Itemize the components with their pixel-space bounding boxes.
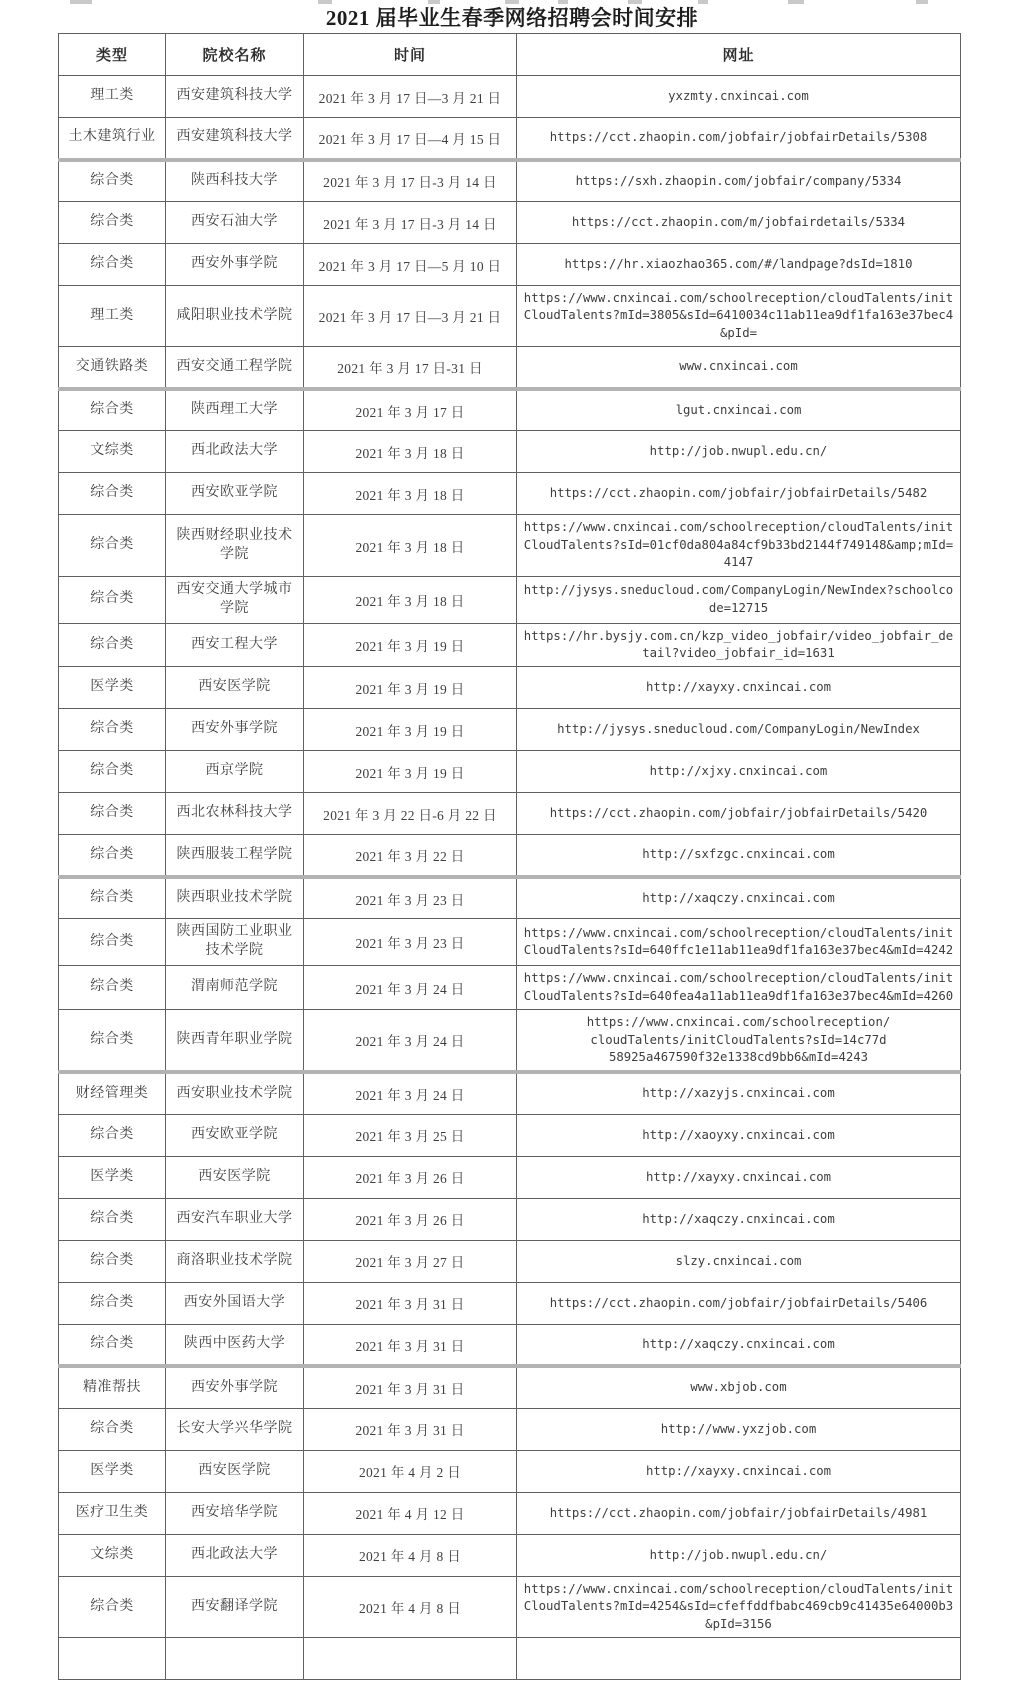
time-cell: 2021 年 3 月 17 日-3 月 14 日 xyxy=(304,160,517,202)
table-row: 综合类西安欧亚学院2021 年 3 月 18 日https://cct.zhao… xyxy=(59,473,961,515)
type-cell: 土木建筑行业 xyxy=(59,118,166,160)
type-cell: 综合类 xyxy=(59,793,166,835)
time-cell: 2021 年 3 月 17 日-31 日 xyxy=(304,347,517,389)
url-cell: https://www.cnxincai.com/schoolreception… xyxy=(517,286,961,347)
school-cell: 陕西青年职业学院 xyxy=(166,1010,304,1073)
type-cell: 综合类 xyxy=(59,709,166,751)
table-row: 综合类西安汽车职业大学2021 年 3 月 26 日http://xaqczy.… xyxy=(59,1198,961,1240)
school-cell: 陕西财经职业技术学院 xyxy=(166,515,304,576)
school-cell xyxy=(166,1638,304,1680)
table-row-partial xyxy=(59,1638,961,1680)
table-row: 交通铁路类西安交通工程学院2021 年 3 月 17 日-31 日www.cnx… xyxy=(59,347,961,389)
type-cell: 综合类 xyxy=(59,1010,166,1073)
time-cell: 2021 年 3 月 17 日—5 月 10 日 xyxy=(304,244,517,286)
table-row: 综合类渭南师范学院2021 年 3 月 24 日https://www.cnxi… xyxy=(59,966,961,1010)
table-row: 综合类陕西服装工程学院2021 年 3 月 22 日http://sxfzgc.… xyxy=(59,835,961,877)
school-cell: 西安医学院 xyxy=(166,1450,304,1492)
url-cell: http://xjxy.cnxincai.com xyxy=(517,751,961,793)
time-cell: 2021 年 3 月 19 日 xyxy=(304,623,517,667)
url-cell xyxy=(517,1638,961,1680)
url-cell: https://cct.zhaopin.com/m/jobfairdetails… xyxy=(517,202,961,244)
header-time: 时间 xyxy=(304,34,517,76)
url-cell: http://www.yxzjob.com xyxy=(517,1408,961,1450)
url-cell: yxzmty.cnxincai.com xyxy=(517,76,961,118)
url-cell: http://xaqczy.cnxincai.com xyxy=(517,877,961,919)
time-cell: 2021 年 3 月 24 日 xyxy=(304,1010,517,1073)
school-cell: 西北政法大学 xyxy=(166,431,304,473)
url-cell: https://www.cnxincai.com/schoolreception… xyxy=(517,1576,961,1637)
type-cell: 综合类 xyxy=(59,1408,166,1450)
school-cell: 西安石油大学 xyxy=(166,202,304,244)
url-cell: www.cnxincai.com xyxy=(517,347,961,389)
type-cell: 综合类 xyxy=(59,877,166,919)
time-cell: 2021 年 3 月 18 日 xyxy=(304,515,517,576)
school-cell: 西安外事学院 xyxy=(166,1366,304,1408)
school-cell: 商洛职业技术学院 xyxy=(166,1240,304,1282)
type-cell: 综合类 xyxy=(59,1198,166,1240)
school-cell: 长安大学兴华学院 xyxy=(166,1408,304,1450)
url-cell: https://hr.xiaozhao365.com/#/landpage?ds… xyxy=(517,244,961,286)
time-cell: 2021 年 3 月 17 日—4 月 15 日 xyxy=(304,118,517,160)
table-row: 医疗卫生类西安培华学院2021 年 4 月 12 日https://cct.zh… xyxy=(59,1492,961,1534)
time-cell: 2021 年 3 月 17 日—3 月 21 日 xyxy=(304,76,517,118)
type-cell: 综合类 xyxy=(59,515,166,576)
time-cell: 2021 年 3 月 27 日 xyxy=(304,1240,517,1282)
school-cell: 西安工程大学 xyxy=(166,623,304,667)
type-cell: 综合类 xyxy=(59,1576,166,1637)
school-cell: 西安外事学院 xyxy=(166,709,304,751)
url-cell: http://jysys.sneducloud.com/CompanyLogin… xyxy=(517,709,961,751)
time-cell: 2021 年 3 月 23 日 xyxy=(304,877,517,919)
table-row: 综合类陕西青年职业学院2021 年 3 月 24 日https://www.cn… xyxy=(59,1010,961,1073)
url-cell: https://cct.zhaopin.com/jobfair/jobfairD… xyxy=(517,118,961,160)
school-cell: 西安职业技术学院 xyxy=(166,1072,304,1114)
time-cell: 2021 年 3 月 22 日 xyxy=(304,835,517,877)
table-row: 医学类西安医学院2021 年 3 月 26 日http://xayxy.cnxi… xyxy=(59,1156,961,1198)
table-row: 文综类西北政法大学2021 年 3 月 18 日http://job.nwupl… xyxy=(59,431,961,473)
school-cell: 西安欧亚学院 xyxy=(166,1114,304,1156)
table-row: 综合类西安外事学院2021 年 3 月 19 日http://jysys.sne… xyxy=(59,709,961,751)
time-cell: 2021 年 3 月 31 日 xyxy=(304,1366,517,1408)
type-cell: 理工类 xyxy=(59,76,166,118)
url-cell: http://xazyjs.cnxincai.com xyxy=(517,1072,961,1114)
school-cell: 陕西理工大学 xyxy=(166,389,304,431)
school-cell: 西安医学院 xyxy=(166,1156,304,1198)
type-cell: 精准帮扶 xyxy=(59,1366,166,1408)
table-row: 综合类西安欧亚学院2021 年 3 月 25 日http://xaoyxy.cn… xyxy=(59,1114,961,1156)
type-cell: 综合类 xyxy=(59,623,166,667)
url-cell: https://cct.zhaopin.com/jobfair/jobfairD… xyxy=(517,1492,961,1534)
time-cell: 2021 年 3 月 22 日-6 月 22 日 xyxy=(304,793,517,835)
table-row: 理工类西安建筑科技大学2021 年 3 月 17 日—3 月 21 日yxzmt… xyxy=(59,76,961,118)
table-row: 综合类西安外事学院2021 年 3 月 17 日—5 月 10 日https:/… xyxy=(59,244,961,286)
type-cell: 综合类 xyxy=(59,1324,166,1366)
table-row: 综合类西安石油大学2021 年 3 月 17 日-3 月 14 日https:/… xyxy=(59,202,961,244)
table-row: 综合类陕西中医药大学2021 年 3 月 31 日http://xaqczy.c… xyxy=(59,1324,961,1366)
school-cell: 西安培华学院 xyxy=(166,1492,304,1534)
type-cell xyxy=(59,1638,166,1680)
table-row: 土木建筑行业西安建筑科技大学2021 年 3 月 17 日—4 月 15 日ht… xyxy=(59,118,961,160)
url-cell: http://xayxy.cnxincai.com xyxy=(517,1450,961,1492)
school-cell: 陕西科技大学 xyxy=(166,160,304,202)
url-cell: https://www.cnxincai.com/schoolreception… xyxy=(517,515,961,576)
school-cell: 西安外事学院 xyxy=(166,244,304,286)
table-body: 理工类西安建筑科技大学2021 年 3 月 17 日—3 月 21 日yxzmt… xyxy=(59,76,961,1680)
time-cell: 2021 年 4 月 2 日 xyxy=(304,1450,517,1492)
school-cell: 西安交通大学城市学院 xyxy=(166,576,304,623)
school-cell: 西北政法大学 xyxy=(166,1534,304,1576)
time-cell: 2021 年 4 月 8 日 xyxy=(304,1576,517,1637)
table-row: 财经管理类西安职业技术学院2021 年 3 月 24 日http://xazyj… xyxy=(59,1072,961,1114)
url-cell: https://hr.bysjy.com.cn/kzp_video_jobfai… xyxy=(517,623,961,667)
school-cell: 西京学院 xyxy=(166,751,304,793)
time-cell: 2021 年 3 月 18 日 xyxy=(304,473,517,515)
type-cell: 综合类 xyxy=(59,160,166,202)
table-row: 综合类西安交通大学城市学院2021 年 3 月 18 日http://jysys… xyxy=(59,576,961,623)
table-row: 文综类西北政法大学2021 年 4 月 8 日http://job.nwupl.… xyxy=(59,1534,961,1576)
time-cell: 2021 年 3 月 19 日 xyxy=(304,751,517,793)
type-cell: 综合类 xyxy=(59,1282,166,1324)
type-cell: 医学类 xyxy=(59,667,166,709)
url-cell: http://xayxy.cnxincai.com xyxy=(517,667,961,709)
url-cell: www.xbjob.com xyxy=(517,1366,961,1408)
table-row: 综合类长安大学兴华学院2021 年 3 月 31 日http://www.yxz… xyxy=(59,1408,961,1450)
type-cell: 医学类 xyxy=(59,1156,166,1198)
school-cell: 西安建筑科技大学 xyxy=(166,76,304,118)
url-cell: lgut.cnxincai.com xyxy=(517,389,961,431)
table-row: 理工类咸阳职业技术学院2021 年 3 月 17 日—3 月 21 日https… xyxy=(59,286,961,347)
type-cell: 综合类 xyxy=(59,835,166,877)
time-cell: 2021 年 4 月 12 日 xyxy=(304,1492,517,1534)
time-cell: 2021 年 3 月 17 日 xyxy=(304,389,517,431)
school-cell: 陕西服装工程学院 xyxy=(166,835,304,877)
time-cell: 2021 年 3 月 19 日 xyxy=(304,709,517,751)
url-cell: http://job.nwupl.edu.cn/ xyxy=(517,431,961,473)
type-cell: 综合类 xyxy=(59,244,166,286)
url-cell: slzy.cnxincai.com xyxy=(517,1240,961,1282)
table-row: 医学类西安医学院2021 年 3 月 19 日http://xayxy.cnxi… xyxy=(59,667,961,709)
type-cell: 综合类 xyxy=(59,966,166,1010)
table-row: 综合类陕西财经职业技术学院2021 年 3 月 18 日https://www.… xyxy=(59,515,961,576)
schedule-table: 类型 院校名称 时间 网址 理工类西安建筑科技大学2021 年 3 月 17 日… xyxy=(58,33,961,1680)
header-type: 类型 xyxy=(59,34,166,76)
type-cell: 理工类 xyxy=(59,286,166,347)
header-school: 院校名称 xyxy=(166,34,304,76)
type-cell: 文综类 xyxy=(59,431,166,473)
time-cell xyxy=(304,1638,517,1680)
url-cell: http://jysys.sneducloud.com/CompanyLogin… xyxy=(517,576,961,623)
school-cell: 西北农林科技大学 xyxy=(166,793,304,835)
type-cell: 医疗卫生类 xyxy=(59,1492,166,1534)
table-row: 综合类西安工程大学2021 年 3 月 19 日https://hr.bysjy… xyxy=(59,623,961,667)
type-cell: 综合类 xyxy=(59,1114,166,1156)
type-cell: 综合类 xyxy=(59,473,166,515)
school-cell: 咸阳职业技术学院 xyxy=(166,286,304,347)
url-cell: http://xaqczy.cnxincai.com xyxy=(517,1198,961,1240)
type-cell: 文综类 xyxy=(59,1534,166,1576)
type-cell: 医学类 xyxy=(59,1450,166,1492)
table-row: 综合类商洛职业技术学院2021 年 3 月 27 日slzy.cnxincai.… xyxy=(59,1240,961,1282)
school-cell: 西安建筑科技大学 xyxy=(166,118,304,160)
time-cell: 2021 年 3 月 17 日—3 月 21 日 xyxy=(304,286,517,347)
url-cell: http://xaoyxy.cnxincai.com xyxy=(517,1114,961,1156)
school-cell: 西安医学院 xyxy=(166,667,304,709)
table-row: 综合类西北农林科技大学2021 年 3 月 22 日-6 月 22 日https… xyxy=(59,793,961,835)
school-cell: 西安翻译学院 xyxy=(166,1576,304,1637)
url-cell: http://sxfzgc.cnxincai.com xyxy=(517,835,961,877)
school-cell: 陕西国防工业职业技术学院 xyxy=(166,919,304,966)
type-cell: 综合类 xyxy=(59,751,166,793)
table-row: 综合类陕西职业技术学院2021 年 3 月 23 日http://xaqczy.… xyxy=(59,877,961,919)
url-cell: http://xaqczy.cnxincai.com xyxy=(517,1324,961,1366)
url-cell: https://cct.zhaopin.com/jobfair/jobfairD… xyxy=(517,793,961,835)
time-cell: 2021 年 3 月 25 日 xyxy=(304,1114,517,1156)
time-cell: 2021 年 3 月 19 日 xyxy=(304,667,517,709)
url-cell: http://job.nwupl.edu.cn/ xyxy=(517,1534,961,1576)
type-cell: 综合类 xyxy=(59,1240,166,1282)
school-cell: 渭南师范学院 xyxy=(166,966,304,1010)
school-cell: 陕西中医药大学 xyxy=(166,1324,304,1366)
table-row: 综合类西安外国语大学2021 年 3 月 31 日https://cct.zha… xyxy=(59,1282,961,1324)
type-cell: 交通铁路类 xyxy=(59,347,166,389)
time-cell: 2021 年 3 月 24 日 xyxy=(304,966,517,1010)
school-cell: 西安外国语大学 xyxy=(166,1282,304,1324)
table-row: 综合类西京学院2021 年 3 月 19 日http://xjxy.cnxinc… xyxy=(59,751,961,793)
school-cell: 西安汽车职业大学 xyxy=(166,1198,304,1240)
type-cell: 财经管理类 xyxy=(59,1072,166,1114)
table-row: 综合类西安翻译学院2021 年 4 月 8 日https://www.cnxin… xyxy=(59,1576,961,1637)
page-title: 2021 届毕业生春季网络招聘会时间安排 xyxy=(0,2,1024,32)
school-cell: 陕西职业技术学院 xyxy=(166,877,304,919)
time-cell: 2021 年 3 月 18 日 xyxy=(304,431,517,473)
table-row: 综合类陕西理工大学2021 年 3 月 17 日lgut.cnxincai.co… xyxy=(59,389,961,431)
time-cell: 2021 年 3 月 24 日 xyxy=(304,1072,517,1114)
table-header: 类型 院校名称 时间 网址 xyxy=(59,34,961,76)
time-cell: 2021 年 4 月 8 日 xyxy=(304,1534,517,1576)
school-cell: 西安交通工程学院 xyxy=(166,347,304,389)
type-cell: 综合类 xyxy=(59,919,166,966)
url-cell: https://sxh.zhaopin.com/jobfair/company/… xyxy=(517,160,961,202)
header-url: 网址 xyxy=(517,34,961,76)
time-cell: 2021 年 3 月 17 日-3 月 14 日 xyxy=(304,202,517,244)
url-cell: https://www.cnxincai.com/schoolreception… xyxy=(517,1010,961,1073)
url-cell: https://cct.zhaopin.com/jobfair/jobfairD… xyxy=(517,473,961,515)
table-row: 医学类西安医学院2021 年 4 月 2 日http://xayxy.cnxin… xyxy=(59,1450,961,1492)
url-cell: https://www.cnxincai.com/schoolreception… xyxy=(517,919,961,966)
table-row: 精准帮扶西安外事学院2021 年 3 月 31 日www.xbjob.com xyxy=(59,1366,961,1408)
type-cell: 综合类 xyxy=(59,576,166,623)
time-cell: 2021 年 3 月 31 日 xyxy=(304,1324,517,1366)
time-cell: 2021 年 3 月 26 日 xyxy=(304,1198,517,1240)
url-cell: http://xayxy.cnxincai.com xyxy=(517,1156,961,1198)
time-cell: 2021 年 3 月 31 日 xyxy=(304,1408,517,1450)
time-cell: 2021 年 3 月 31 日 xyxy=(304,1282,517,1324)
url-cell: https://cct.zhaopin.com/jobfair/jobfairD… xyxy=(517,1282,961,1324)
type-cell: 综合类 xyxy=(59,389,166,431)
school-cell: 西安欧亚学院 xyxy=(166,473,304,515)
time-cell: 2021 年 3 月 18 日 xyxy=(304,576,517,623)
time-cell: 2021 年 3 月 26 日 xyxy=(304,1156,517,1198)
time-cell: 2021 年 3 月 23 日 xyxy=(304,919,517,966)
table-row: 综合类陕西科技大学2021 年 3 月 17 日-3 月 14 日https:/… xyxy=(59,160,961,202)
type-cell: 综合类 xyxy=(59,202,166,244)
url-cell: https://www.cnxincai.com/schoolreception… xyxy=(517,966,961,1010)
table-row: 综合类陕西国防工业职业技术学院2021 年 3 月 23 日https://ww… xyxy=(59,919,961,966)
